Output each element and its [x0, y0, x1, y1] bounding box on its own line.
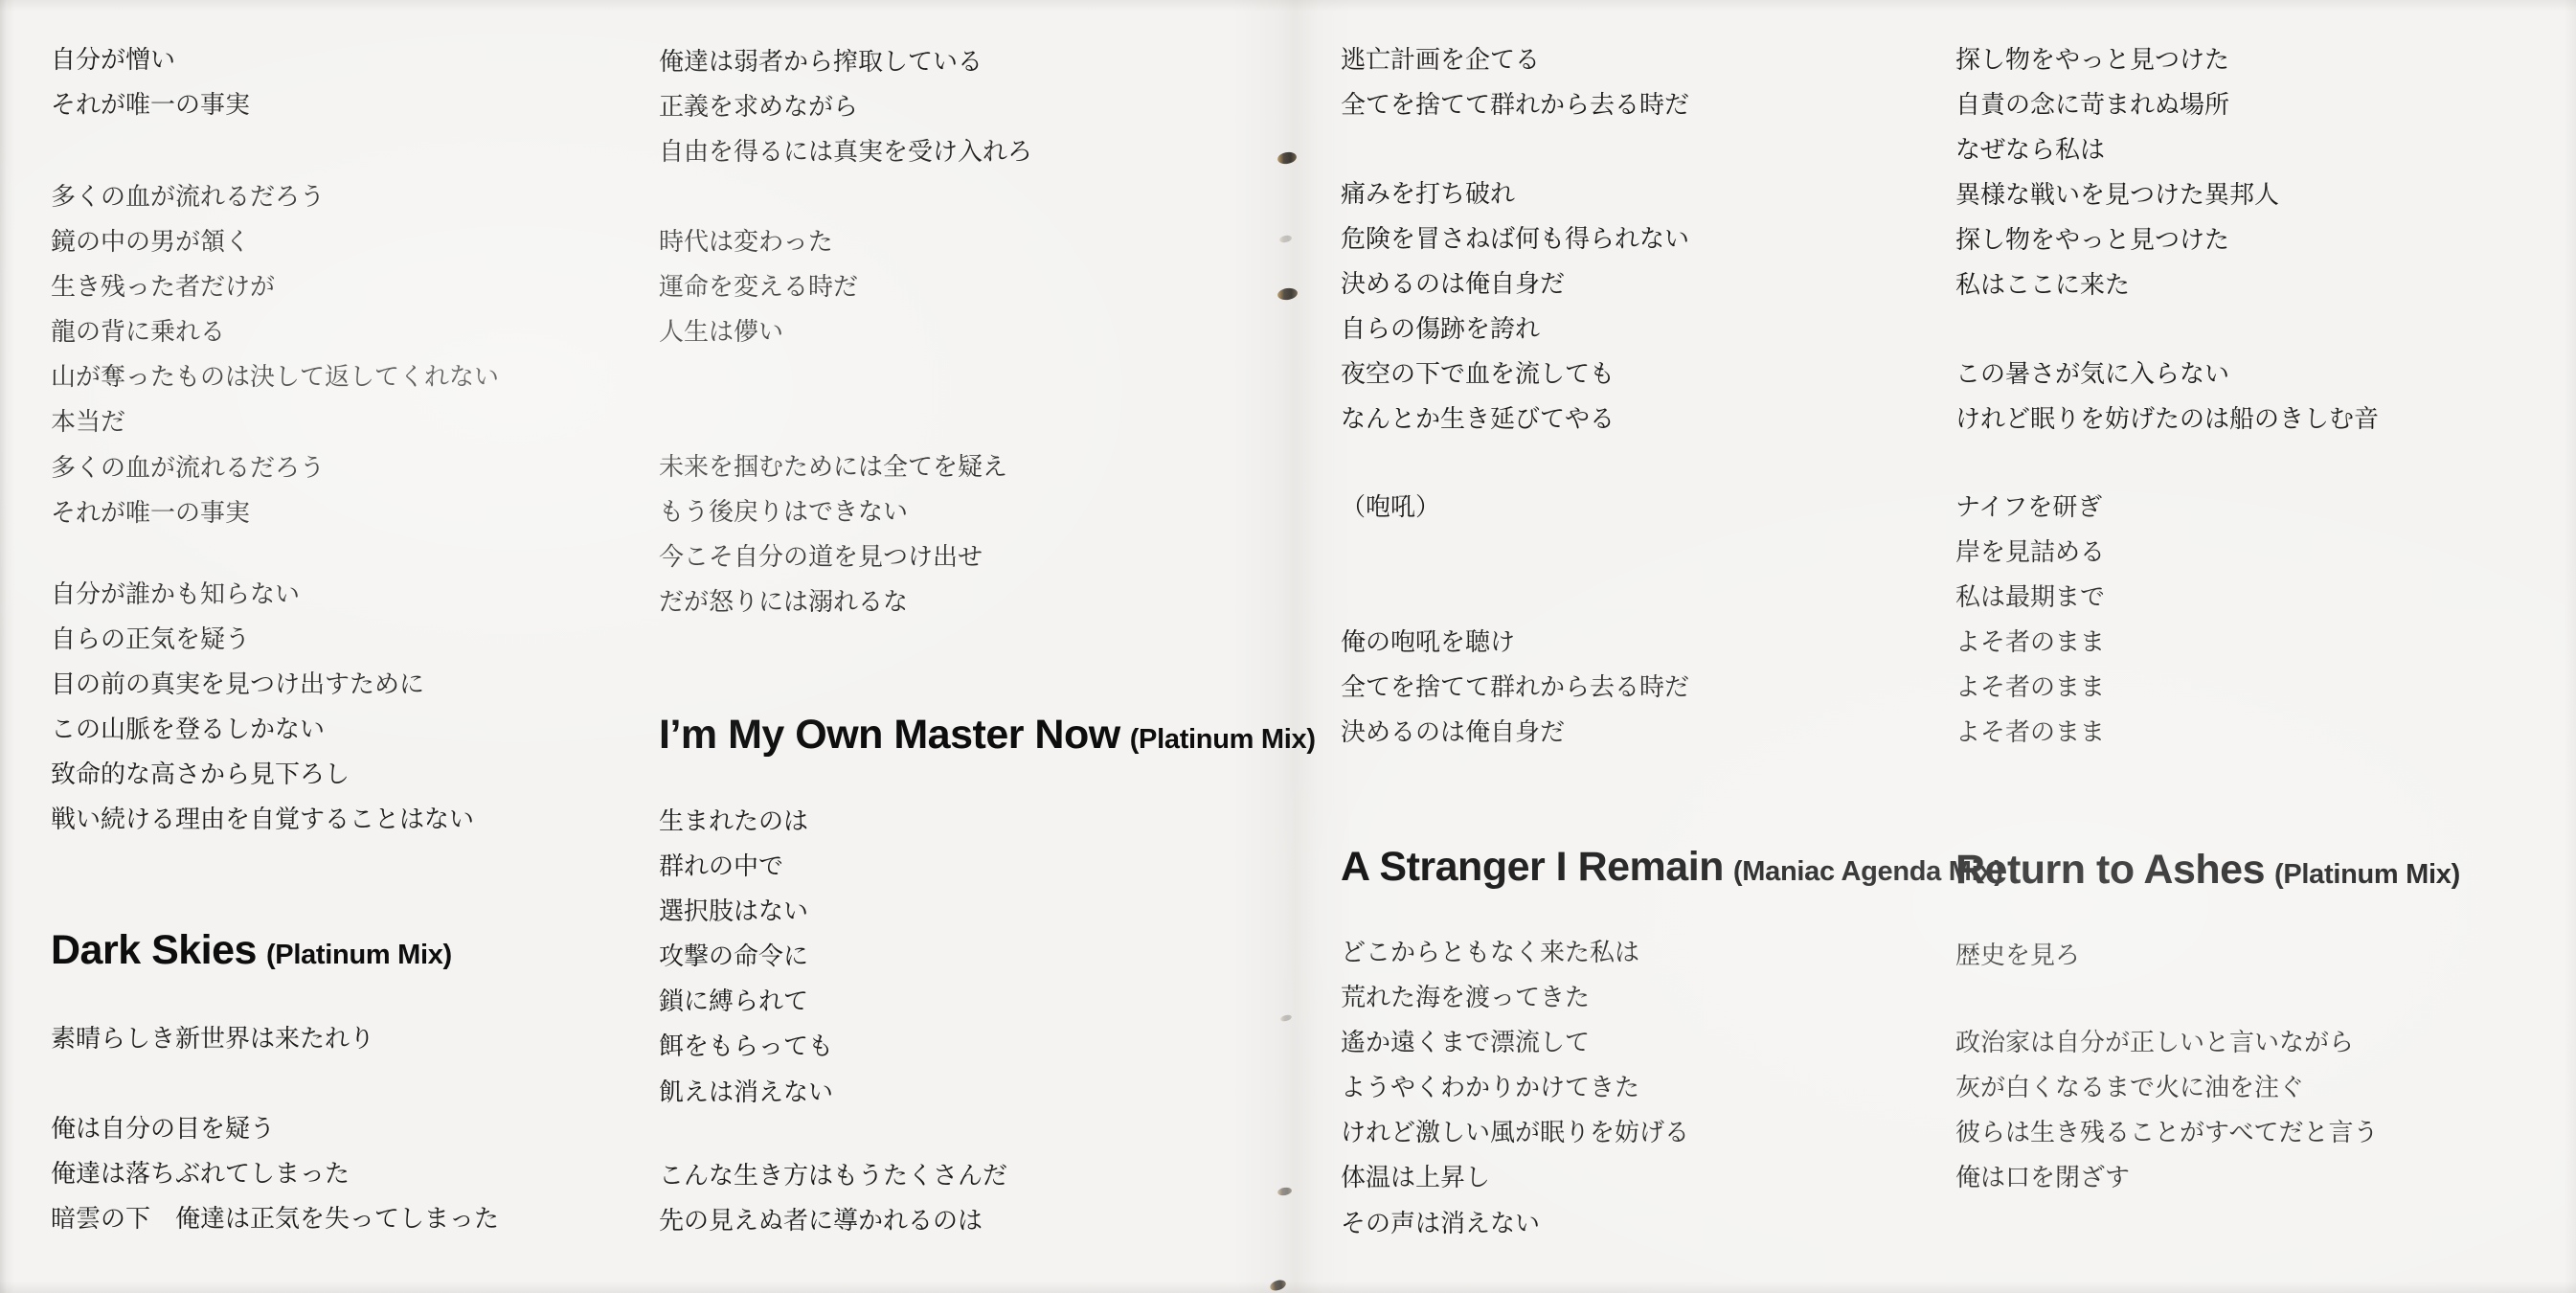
song-title-heading: A Stranger I Remain(Maniac Agenda Mix) [1341, 847, 2003, 888]
lyric-block: どこからともなく来た私は荒れた海を渡ってきた遙か遠くまで漂流してようやくわかりか… [1341, 931, 1689, 1247]
lyric-block: こんな生き方はもうたくさんだ先の見えぬ者に導かれるのは [659, 1154, 1007, 1244]
lyric-line: 私はここに来た [1955, 263, 2279, 308]
lyric-line: 決めるのは俺自身だ [1341, 711, 1689, 756]
scan-edge-bottom [0, 1282, 2576, 1293]
lyric-line: この暑さが気に入らない [1955, 352, 2379, 397]
lyric-line: 荒れた海を渡ってきた [1341, 976, 1689, 1021]
lyric-line: 全てを捨てて群れから去る時だ [1341, 666, 1689, 711]
lyric-block: この暑さが気に入らないけれど眠りを妨げたのは船のきしむ音 [1955, 352, 2379, 442]
lyric-line: よそ者のまま [1955, 711, 2105, 756]
lyric-line: 暗雲の下 俺達は正気を失ってしまった [51, 1197, 499, 1242]
staple-mark [1277, 150, 1298, 165]
lyric-line: 俺の咆吼を聴け [1341, 621, 1689, 666]
lyric-line: けれど激しい風が眠りを妨げる [1341, 1111, 1689, 1156]
song-title-heading: Return to Ashes(Platinum Mix) [1955, 850, 2460, 891]
lyric-line: こんな生き方はもうたくさんだ [659, 1154, 1007, 1199]
lyric-line: （咆吼） [1341, 486, 1440, 531]
lyric-line: 選択肢はない [659, 890, 833, 935]
lyric-block: 多くの血が流れるだろう鏡の中の男が頷く生き残った者だけが龍の背に乗れる山が奪った… [51, 175, 499, 536]
lyric-block: ナイフを研ぎ岸を見詰める私は最期までよそ者のままよそ者のままよそ者のまま [1955, 486, 2105, 757]
lyric-line: 探し物をやっと見つけた [1955, 218, 2279, 263]
lyric-block: 逃亡計画を企てる全てを捨てて群れから去る時だ [1341, 38, 1689, 128]
song-title: A Stranger I Remain [1341, 844, 1724, 890]
song-title-heading: Dark Skies(Platinum Mix) [51, 930, 452, 971]
lyric-line: 素晴らしき新世界は来たれり [51, 1017, 374, 1062]
lyric-line: 自責の念に苛まれぬ場所 [1955, 83, 2279, 128]
staple-mark [1277, 287, 1298, 302]
lyric-line: 探し物をやっと見つけた [1955, 38, 2279, 83]
lyric-line: 私は最期まで [1955, 576, 2105, 621]
lyric-line: 岸を見詰める [1955, 531, 2105, 576]
lyric-block: 素晴らしき新世界は来たれり [51, 1017, 374, 1062]
center-fold-shadow [1233, 0, 1352, 1293]
lyric-line: その声は消えない [1341, 1202, 1689, 1247]
song-title: Return to Ashes [1955, 847, 2265, 893]
staple-mark [1269, 1279, 1287, 1293]
song-title-heading: I’m My Own Master Now(Platinum Mix) [659, 715, 1316, 756]
lyric-line: 今こそ自分の道を見つけ出せ [659, 535, 1007, 580]
lyric-block: 痛みを打ち破れ危険を冒さねば何も得られない決めるのは俺自身だ自らの傷跡を誇れ夜空… [1341, 172, 1689, 443]
lyric-line: 自由を得るには真実を受け入れろ [659, 130, 1032, 175]
booklet-page: 自分が憎いそれが唯一の事実多くの血が流れるだろう鏡の中の男が頷く生き残った者だけ… [0, 0, 2576, 1293]
lyric-line: 俺達は落ちぶれてしまった [51, 1152, 499, 1197]
lyric-line: 先の見えぬ者に導かれるのは [659, 1199, 1007, 1244]
lyric-line: 鏡の中の男が頷く [51, 220, 499, 265]
lyric-line: 逃亡計画を企てる [1341, 38, 1689, 83]
lyric-line: 痛みを打ち破れ [1341, 172, 1689, 217]
lyric-line: もう後戻りはできない [659, 490, 1007, 535]
lyric-line: 龍の背に乗れる [51, 310, 499, 355]
lyric-line: 異様な戦いを見つけた異邦人 [1955, 173, 2279, 218]
lyric-block: 自分が誰かも知らない自らの正気を疑う目の前の真実を見つけ出すためにこの山脈を登る… [51, 573, 474, 844]
lyric-line: だが怒りには溺れるな [659, 580, 1007, 625]
lyric-block: 政治家は自分が正しいと言いながら灰が白くなるまで火に油を注ぐ彼らは生き残ることが… [1955, 1021, 2378, 1201]
lyric-block: 時代は変わった運命を変える時だ人生は儚い [659, 220, 858, 355]
lyric-block: 探し物をやっと見つけた自責の念に苛まれぬ場所なぜなら私は異様な戦いを見つけた異邦… [1955, 38, 2279, 309]
lyric-line: ようやくわかりかけてきた [1341, 1066, 1689, 1111]
lyric-line: 群れの中で [659, 845, 833, 890]
lyric-line: なんとか生き延びてやる [1341, 397, 1689, 442]
lyric-line: 遙か遠くまで漂流して [1341, 1021, 1689, 1066]
song-mix-label: (Platinum Mix) [2274, 859, 2460, 890]
lyric-line: 俺は自分の目を疑う [51, 1107, 499, 1152]
lyric-block: 俺は自分の目を疑う俺達は落ちぶれてしまった暗雲の下 俺達は正気を失ってしまった [51, 1107, 499, 1242]
lyric-line: 自分が憎い [51, 38, 250, 83]
staple-mark [1278, 235, 1292, 244]
song-title: I’m My Own Master Now [659, 712, 1120, 758]
lyric-line: 餌をもらっても [659, 1025, 833, 1070]
lyric-line: 戦い続ける理由を自覚することはない [51, 798, 474, 843]
scan-edge-left [0, 0, 15, 1293]
lyric-line: 未来を掴むためには全てを疑え [659, 445, 1007, 490]
lyric-line: 正義を求めながら [659, 85, 1032, 130]
staple-mark [1279, 1014, 1292, 1023]
lyric-line: 時代は変わった [659, 220, 858, 265]
staple-mark [1277, 1187, 1292, 1196]
lyric-block: 俺の咆吼を聴け全てを捨てて群れから去る時だ決めるのは俺自身だ [1341, 621, 1689, 756]
lyric-line: 多くの血が流れるだろう [51, 446, 499, 491]
lyric-line: 目の前の真実を見つけ出すために [51, 663, 474, 708]
lyric-line: 俺は口を閉ざす [1955, 1156, 2378, 1201]
lyric-line: 本当だ [51, 400, 499, 445]
lyric-line: 彼らは生き残ることがすべてだと言う [1955, 1111, 2378, 1156]
lyric-line: 体温は上昇し [1341, 1156, 1689, 1201]
song-title: Dark Skies [51, 927, 257, 973]
lyric-line: 鎖に縛られて [659, 980, 833, 1025]
lyric-line: 灰が白くなるまで火に油を注ぐ [1955, 1066, 2378, 1111]
lyric-line: 夜空の下で血を流しても [1341, 352, 1689, 397]
lyric-block: （咆吼） [1341, 486, 1440, 531]
scan-edge-top [0, 0, 2576, 11]
lyric-line: この山脈を登るしかない [51, 708, 474, 753]
lyric-block: 歴史を見ろ [1955, 934, 2080, 979]
lyric-block: 俺達は弱者から搾取している正義を求めながら自由を得るには真実を受け入れろ [659, 40, 1032, 175]
lyric-line: なぜなら私は [1955, 128, 2279, 173]
lyric-line: 人生は儚い [659, 310, 858, 355]
lyric-line: 飢えは消えない [659, 1071, 833, 1116]
lyric-line: 自らの傷跡を誇れ [1341, 307, 1689, 352]
lyric-line: 自分が誰かも知らない [51, 573, 474, 618]
lyric-line: よそ者のまま [1955, 621, 2105, 666]
lyric-line: 致命的な高さから見下ろし [51, 753, 474, 798]
lyric-line: 決めるのは俺自身だ [1341, 262, 1689, 307]
lyric-line: 歴史を見ろ [1955, 934, 2080, 979]
lyric-block: 自分が憎いそれが唯一の事実 [51, 38, 250, 128]
lyric-line: 多くの血が流れるだろう [51, 175, 499, 220]
lyric-line: どこからともなく来た私は [1341, 931, 1689, 976]
lyric-line: 生まれたのは [659, 800, 833, 845]
lyric-line: 全てを捨てて群れから去る時だ [1341, 83, 1689, 128]
lyric-line: 山が奪ったものは決して返してくれない [51, 355, 499, 400]
lyric-line: 攻撃の命令に [659, 935, 833, 980]
lyric-line: 運命を変える時だ [659, 265, 858, 310]
song-mix-label: (Platinum Mix) [1130, 724, 1316, 755]
lyric-block: 生まれたのは群れの中で選択肢はない攻撃の命令に鎖に縛られて餌をもらっても飢えは消… [659, 800, 833, 1116]
lyric-line: けれど眠りを妨げたのは船のきしむ音 [1955, 397, 2379, 442]
lyric-line: よそ者のまま [1955, 666, 2105, 711]
lyric-line: 自らの正気を疑う [51, 618, 474, 663]
lyric-block: 未来を掴むためには全てを疑えもう後戻りはできない今こそ自分の道を見つけ出せだが怒… [659, 445, 1007, 625]
lyric-line: 危険を冒さねば何も得られない [1341, 217, 1689, 262]
lyric-line: 俺達は弱者から搾取している [659, 40, 1032, 85]
song-mix-label: (Platinum Mix) [266, 940, 452, 970]
lyric-line: それが唯一の事実 [51, 491, 499, 536]
lyric-line: 生き残った者だけが [51, 265, 499, 310]
lyric-line: ナイフを研ぎ [1955, 486, 2105, 531]
scan-edge-right [2565, 0, 2576, 1293]
lyric-line: それが唯一の事実 [51, 83, 250, 128]
lyric-line: 政治家は自分が正しいと言いながら [1955, 1021, 2378, 1066]
